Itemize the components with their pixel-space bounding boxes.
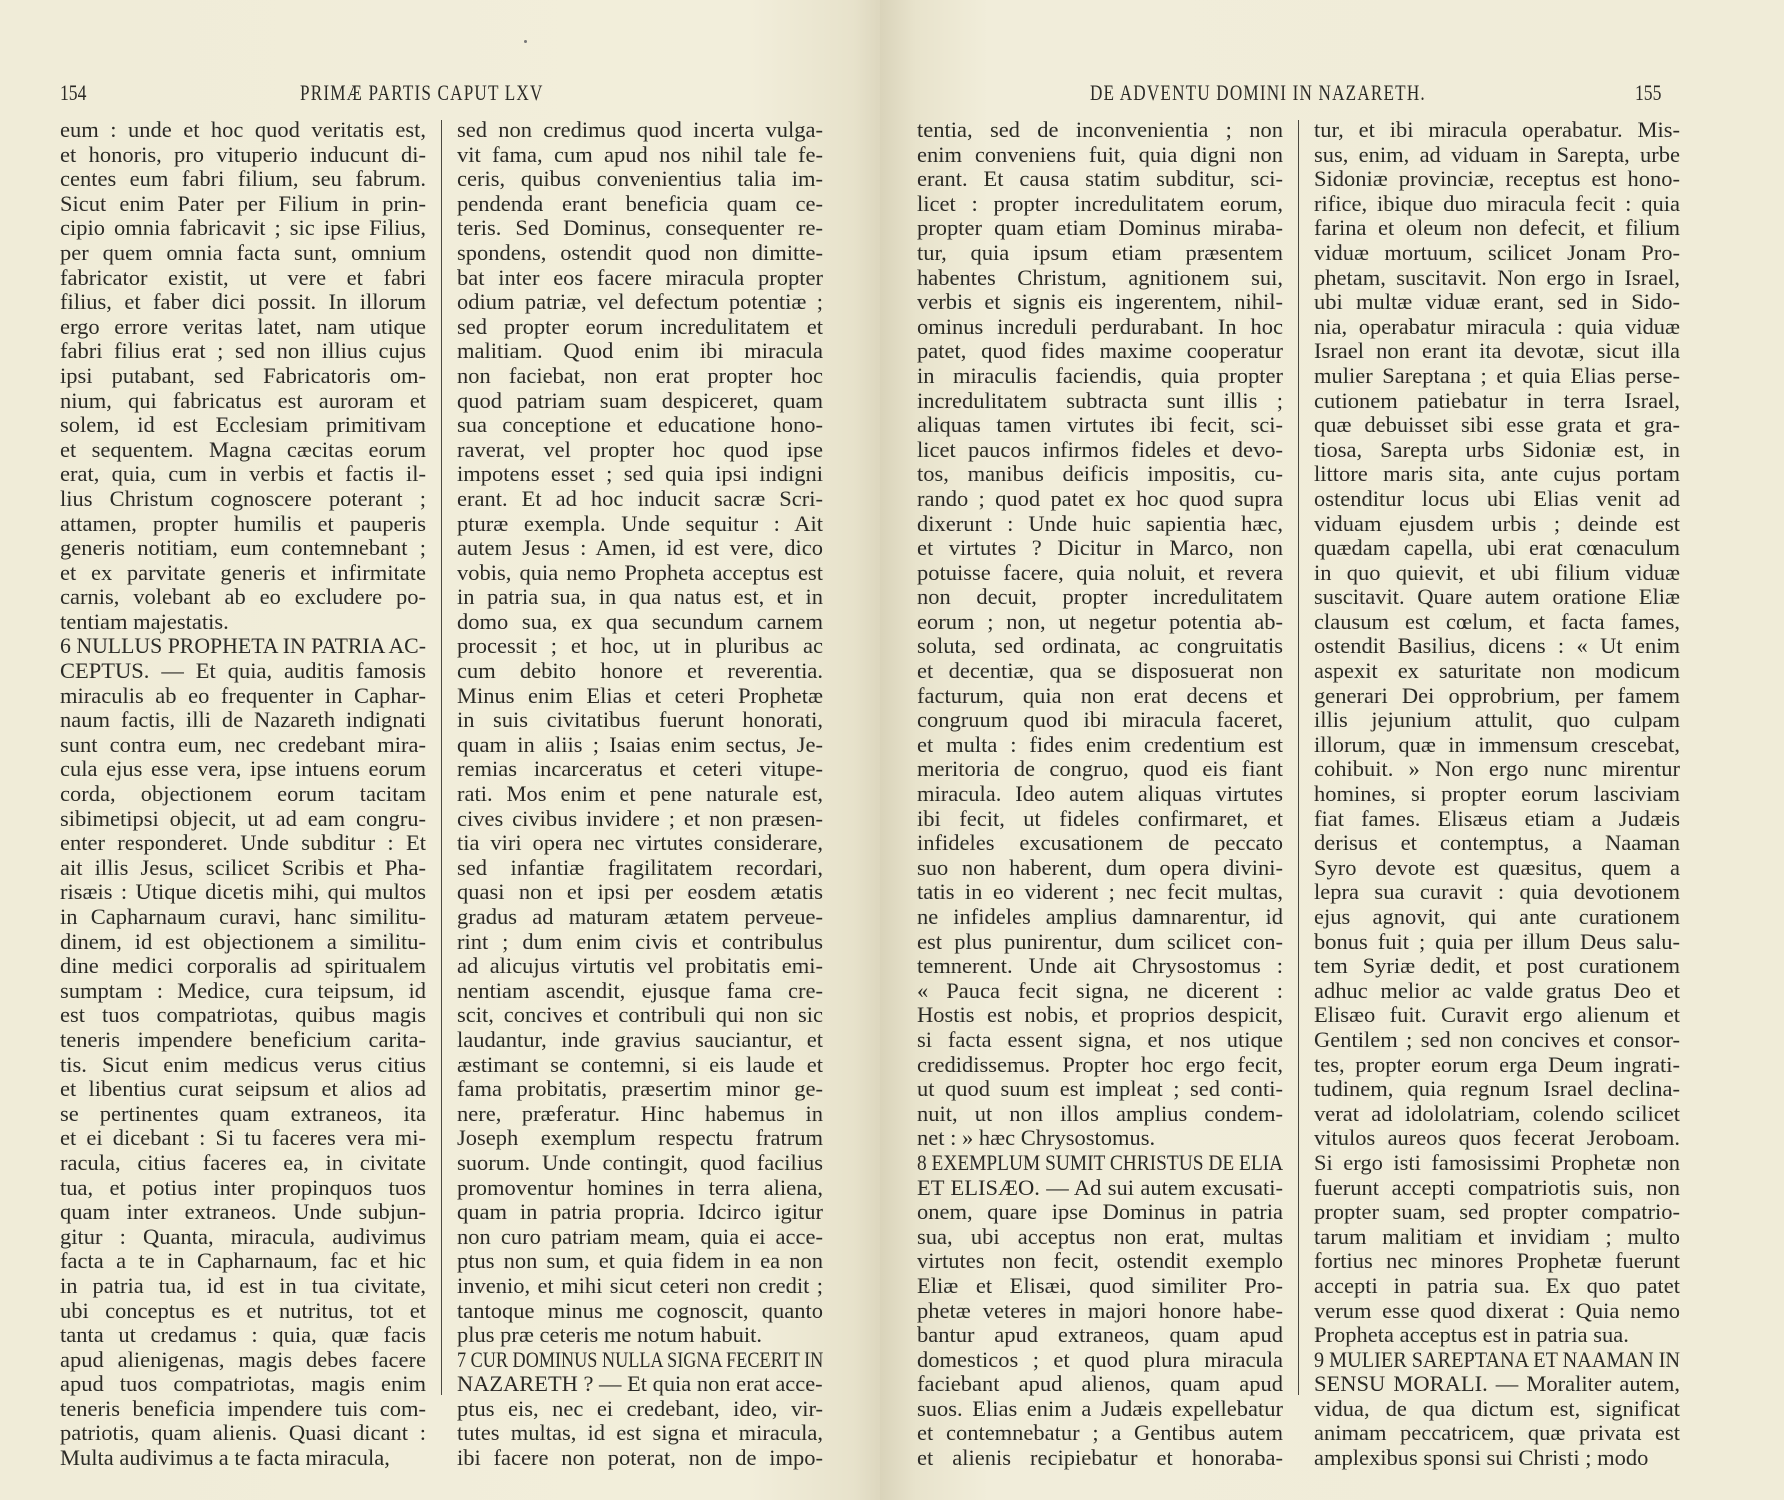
text-line: « Pauca fecit signa, ne dicerent : bbox=[917, 979, 1283, 1004]
text-line: ut quod suum est impleat ; sed conti- bbox=[917, 1077, 1283, 1102]
text-line: ipsi putabant, sed Fabricatoris om- bbox=[60, 364, 426, 389]
text-line: Elisæo fuit. Curavit ergo alienum et bbox=[1314, 1003, 1680, 1028]
text-line: scit, concives et contribuli qui non sic bbox=[457, 1003, 823, 1028]
text-line: temnerent. Unde ait Chrysostomus : bbox=[917, 954, 1283, 979]
text-line: generari Dei opprobrium, per famem bbox=[1314, 684, 1680, 709]
column-rule bbox=[1298, 120, 1299, 1395]
text-line: bonus fuit ; quia per illum Deus salu- bbox=[1314, 930, 1680, 955]
text-line: onem, quare ipse Dominus in patria bbox=[917, 1200, 1283, 1225]
text-line: enim conveniens fuit, quia digni non bbox=[917, 143, 1283, 168]
text-line: Propheta acceptus est in patria sua. bbox=[1314, 1323, 1680, 1348]
text-line: domo sua, ex qua secundum carnem bbox=[457, 610, 823, 635]
text-line: infideles excusationem de peccato bbox=[917, 831, 1283, 856]
text-line: remias incarceratus et ceteri vitupe- bbox=[457, 757, 823, 782]
text-line: sed non credimus quod incerta vulga- bbox=[457, 118, 823, 143]
text-line: spondens, ostendit quod non dimitte- bbox=[457, 241, 823, 266]
text-line: tentiam majestatis. bbox=[60, 610, 426, 635]
text-line: et decentiæ, qua se disposuerat non bbox=[917, 659, 1283, 684]
text-line: lius Christum cognoscere poterant ; bbox=[60, 487, 426, 512]
text-line: faciebant apud alienos, quam apud bbox=[917, 1372, 1283, 1397]
text-line: tiosa, Sarepta urbs Sidoniæ est, in bbox=[1314, 438, 1680, 463]
text-line: non faciebat, non erat propter hoc bbox=[457, 364, 823, 389]
text-line: fiat fames. Elisæus etiam a Judæis bbox=[1314, 807, 1680, 832]
text-line: et virtutes ? Dicitur in Marco, non bbox=[917, 536, 1283, 561]
text-line: tudinem, quia regnum Israel declina- bbox=[1314, 1077, 1680, 1102]
text-line: promoventur homines in terra aliena, bbox=[457, 1176, 823, 1201]
text-line: carnis, volebant ab eo excludere po- bbox=[60, 585, 426, 610]
text-line: æstimant se contemni, si eis laude et bbox=[457, 1053, 823, 1078]
text-line: patriotis, quam alienis. Quasi dicant : bbox=[60, 1421, 426, 1446]
text-line: licet : propter incredulitatem eorum, bbox=[917, 192, 1283, 217]
text-line: in patria tua, id est in tua civitate, bbox=[60, 1274, 426, 1299]
text-line: enter responderet. Unde subditur : Et bbox=[60, 831, 426, 856]
text-line: tos, manibus deificis impositis, cu- bbox=[917, 462, 1283, 487]
text-line: virtutes non fecit, ostendit exemplo bbox=[917, 1249, 1283, 1274]
text-line: adhuc melior ac valde gratus Deo et bbox=[1314, 979, 1680, 1004]
text-line: ibi fecit, ut fideles confirmaret, et bbox=[917, 807, 1283, 832]
text-line: non curo patriam meam, quia ei acce- bbox=[457, 1225, 823, 1250]
text-line: ET ELISÆO. — Ad sui autem excusati- bbox=[917, 1176, 1283, 1201]
text-line: in Capharnaum curavi, hanc similitu- bbox=[60, 905, 426, 930]
text-line: 8 EXEMPLUM SUMIT CHRISTUS DE ELIA bbox=[917, 1151, 1232, 1176]
text-line: incredulitatem subtracta sunt illis ; bbox=[917, 389, 1283, 414]
text-line: sua conceptione et educatione hono- bbox=[457, 413, 823, 438]
text-line: si facta essent signa, et nos utique bbox=[917, 1028, 1283, 1053]
text-line: Minus enim Elias et ceteri Prophetæ bbox=[457, 684, 823, 709]
text-line: mulier Sareptana ; et quia Elias perse- bbox=[1314, 364, 1680, 389]
text-line: tatis in eo viderent ; nec fecit multas, bbox=[917, 880, 1283, 905]
text-line: quasi non et ipsi per eosdem ætatis bbox=[457, 880, 823, 905]
text-line: raverat, vel propter hoc quod ipse bbox=[457, 438, 823, 463]
text-line: quam in aliis ; Isaias enim sectus, Je- bbox=[457, 733, 823, 758]
text-line: filius, et faber dici possit. In illorum bbox=[60, 290, 426, 315]
text-line: tua, et potius inter propinquos tuos bbox=[60, 1176, 426, 1201]
text-line: teneris impendere beneficium carita- bbox=[60, 1028, 426, 1053]
text-line: bat inter eos facere miracula propter bbox=[457, 266, 823, 291]
text-line: facturum, quia non erat decens et bbox=[917, 684, 1283, 709]
text-line: tur, quia ipsum etiam præsentem bbox=[917, 241, 1283, 266]
text-line: illorum, quæ in immensum crescebat, bbox=[1314, 733, 1680, 758]
text-line: sunt contra eum, nec credebant mira- bbox=[60, 733, 426, 758]
text-line: et honoris, pro vituperio inducunt di- bbox=[60, 143, 426, 168]
text-line: et ex parvitate generis et infirmitate bbox=[60, 561, 426, 586]
text-line: attamen, propter humilis et pauperis bbox=[60, 512, 426, 537]
text-line: bantur apud extraneos, quam apud bbox=[917, 1323, 1283, 1348]
page-number: 155 bbox=[1635, 80, 1661, 106]
text-line: ad alicujus virtutis vel probitatis emi- bbox=[457, 954, 823, 979]
text-line: verbis et signis eis ingerentem, nihil- bbox=[917, 290, 1283, 315]
text-line: Joseph exemplum respectu fratrum bbox=[457, 1126, 823, 1151]
text-line: ostendit Basilius, dicens : « Ut enim bbox=[1314, 634, 1680, 659]
text-line: clausum est cœlum, et facta fames, bbox=[1314, 610, 1680, 635]
text-line: naum factis, illi de Nazareth indignati bbox=[60, 708, 426, 733]
text-line: Israel non erant ita devotæ, sicut illa bbox=[1314, 339, 1680, 364]
text-line: soluta, sed ordinata, ac congruitatis bbox=[917, 634, 1283, 659]
text-line: rint ; dum enim civis et contribulus bbox=[457, 930, 823, 955]
text-line: farina et oleum non defecit, et filium bbox=[1314, 216, 1680, 241]
text-line: aliquas tamen virtutes ibi fecit, sci- bbox=[917, 413, 1283, 438]
text-line: fabricator existit, ut vere et fabri bbox=[60, 266, 426, 291]
text-line: 7 CUR DOMINUS NULLA SIGNA FECERIT IN bbox=[457, 1348, 753, 1373]
text-line: credidissemus. Propter hoc ergo fecit, bbox=[917, 1053, 1283, 1078]
right-page: DE ADVENTU DOMINI IN NAZARETH. 155 tenti… bbox=[880, 0, 1784, 1500]
text-line: Sicut enim Pater per Filium in prin- bbox=[60, 192, 426, 217]
text-line: et ei dicebant : Si tu faceres vera mi- bbox=[60, 1126, 426, 1151]
text-line: habentes Christum, agnitionem sui, bbox=[917, 266, 1283, 291]
text-line: licet paucos infirmos fideles et devo- bbox=[917, 438, 1283, 463]
text-line: sed infantiæ fragilitatem recordari, bbox=[457, 856, 823, 881]
text-line: tis. Sicut enim medicus verus citius bbox=[60, 1053, 426, 1078]
text-line: meritoria de congruo, quod eis fiant bbox=[917, 757, 1283, 782]
text-line: miracula. Ideo autem aliquas virtutes bbox=[917, 782, 1283, 807]
text-line: rati. Mos enim et pene naturale est, bbox=[457, 782, 823, 807]
text-line: in suis civitatibus fuerunt honorati, bbox=[457, 708, 823, 733]
text-line: per quem omnia facta sunt, omnium bbox=[60, 241, 426, 266]
text-column: tentia, sed de inconvenientia ; nonenim … bbox=[917, 118, 1283, 1471]
text-line: in patria sua, in qua natus est, et in bbox=[457, 585, 823, 610]
text-line: et alienis recipiebatur et honoraba- bbox=[917, 1446, 1283, 1471]
text-line: solem, id est Ecclesiam primitivam bbox=[60, 413, 426, 438]
text-line: cum debito honore et reverentia. bbox=[457, 659, 823, 684]
text-line: dinem, id est objectionem a similitu- bbox=[60, 930, 426, 955]
text-line: plus præ ceteris me notum habuit. bbox=[457, 1323, 823, 1348]
text-line: dixerunt : Unde huic sapientia hæc, bbox=[917, 512, 1283, 537]
text-line: domesticos ; et quod plura miracula bbox=[917, 1348, 1283, 1373]
text-line: nentiam ascendit, ejusque fama cre- bbox=[457, 979, 823, 1004]
text-line: propter quam etiam Dominus miraba- bbox=[917, 216, 1283, 241]
text-line: gradus ad maturam ætatem perveue- bbox=[457, 905, 823, 930]
text-line: cipio omnia fabricavit ; sic ipse Filius… bbox=[60, 216, 426, 241]
text-line: CEPTUS. — Et quia, auditis famosis bbox=[60, 659, 426, 684]
text-line: cutionem patiebatur in terra Israel, bbox=[1314, 389, 1680, 414]
text-line: sua, ubi acceptus non erat, multas bbox=[917, 1225, 1283, 1250]
text-line: SENSU MORALI. — Moraliter autem, bbox=[1314, 1372, 1680, 1397]
running-head: DE ADVENTU DOMINI IN NAZARETH. bbox=[1090, 80, 1426, 110]
text-line: Hostis est nobis, et proprios despicit, bbox=[917, 1003, 1283, 1028]
text-line: viduam ejusdem urbis ; deinde est bbox=[1314, 512, 1680, 537]
text-line: cula ejus esse vera, ipse intuens eorum bbox=[60, 757, 426, 782]
text-line: sus, enim, ad viduam in Sarepta, urbe bbox=[1314, 143, 1680, 168]
text-line: tes, propter eorum erga Deum ingrati- bbox=[1314, 1053, 1680, 1078]
text-line: quæ debuisset sibi esse grata et gra- bbox=[1314, 413, 1680, 438]
text-line: nere, præferatur. Hinc habemus in bbox=[457, 1102, 823, 1127]
text-line: nuit, ut non illos amplius condem- bbox=[917, 1102, 1283, 1127]
text-line: malitiam. Quod enim ibi miracula bbox=[457, 339, 823, 364]
text-line: est tuos compatriotas, quibus magis bbox=[60, 1003, 426, 1028]
text-line: centes eum fabri filium, seu fabrum. bbox=[60, 167, 426, 192]
text-line: ptus non sum, et quia fidem in ea non bbox=[457, 1249, 823, 1274]
text-line: tia viri opera nec virtutes considerare, bbox=[457, 831, 823, 856]
text-line: ptus eis, nec ei credebant, ideo, vir- bbox=[457, 1397, 823, 1422]
text-line: 9 MULIER SAREPTANA ET NAAMAN IN bbox=[1314, 1348, 1643, 1373]
page-number: 154 bbox=[60, 80, 86, 106]
text-line: processit ; et hoc, ut in pluribus ac bbox=[457, 634, 823, 659]
text-line: erant. Et ad hoc inducit sacræ Scri- bbox=[457, 487, 823, 512]
text-line: potuisse facere, quia noluit, et revera bbox=[917, 561, 1283, 586]
text-line: homines, si propter eorum lasciviam bbox=[1314, 782, 1680, 807]
text-line: in miraculis faciendis, quia propter bbox=[917, 364, 1283, 389]
text-line: fabri filius erat ; sed non illius cujus bbox=[60, 339, 426, 364]
text-line: quam in patria propria. Idcirco igitur bbox=[457, 1200, 823, 1225]
text-line: cohibuit. » Non ergo nunc mirentur bbox=[1314, 757, 1680, 782]
text-line: rifice, ibique duo miracula fecit : quia bbox=[1314, 192, 1680, 217]
text-line: fuerunt accepti compatriotis suis, non bbox=[1314, 1176, 1680, 1201]
text-line: gitur : Quanta, miracula, audivimus bbox=[60, 1225, 426, 1250]
text-line: Gentilem ; sed non concives et consor- bbox=[1314, 1028, 1680, 1053]
text-line: et multa : fides enim credentium est bbox=[917, 733, 1283, 758]
text-line: amplexibus sponsi sui Christi ; modo bbox=[1314, 1446, 1680, 1471]
text-line: ne infideles amplius damnarentur, id bbox=[917, 905, 1283, 930]
text-line: lepra sua curavit : quia devotionem bbox=[1314, 880, 1680, 905]
text-line: suscitavit. Quare autem oratione Eliæ bbox=[1314, 585, 1680, 610]
book-spread: 154 PRIMÆ PARTIS CAPUT LXV eum : unde et… bbox=[0, 0, 1784, 1500]
text-line: vit fama, cum apud nos nihil tale fe- bbox=[457, 143, 823, 168]
left-page: 154 PRIMÆ PARTIS CAPUT LXV eum : unde et… bbox=[0, 0, 880, 1500]
text-line: et libentius curat seipsum et alios ad bbox=[60, 1077, 426, 1102]
text-line: suos. Elias enim a Judæis expellebatur bbox=[917, 1397, 1283, 1422]
text-column: eum : unde et hoc quod veritatis est,et … bbox=[60, 118, 426, 1471]
text-line: teneris beneficia impendere tuis com- bbox=[60, 1397, 426, 1422]
text-line: est plus punirentur, dum scilicet con- bbox=[917, 930, 1283, 955]
column-rule bbox=[441, 120, 442, 1395]
text-line: aspexit ex saturitate non modicum bbox=[1314, 659, 1680, 684]
text-line: Syro devote est quæsitus, quem a bbox=[1314, 856, 1680, 881]
text-line: Si ergo isti famosissimi Prophetæ non bbox=[1314, 1151, 1680, 1176]
text-line: tentia, sed de inconvenientia ; non bbox=[917, 118, 1283, 143]
text-line: congruum quod ibi miracula faceret, bbox=[917, 708, 1283, 733]
text-line: erat, quia, cum in verbis et factis il- bbox=[60, 462, 426, 487]
text-line: cives civibus invidere ; et non præsen- bbox=[457, 807, 823, 832]
text-line: 6 NULLUS PROPHETA IN PATRIA AC- bbox=[60, 634, 414, 659]
text-line: ibi facere non poterat, non de impo- bbox=[457, 1446, 823, 1471]
text-line: risæis : Utique dicetis mihi, qui multos bbox=[60, 880, 426, 905]
text-line: patet, quod fides maxime cooperatur bbox=[917, 339, 1283, 364]
text-line: ceris, quibus convenientius talia im- bbox=[457, 167, 823, 192]
text-line: impotens esset ; sed quia ipsi indigni bbox=[457, 462, 823, 487]
text-column: sed non credimus quod incerta vulga-vit … bbox=[457, 118, 823, 1471]
text-line: vidua, de qua dictum est, significat bbox=[1314, 1397, 1680, 1422]
text-line: vobis, quia nemo Propheta acceptus est bbox=[457, 561, 823, 586]
text-line: racula, citius faceres ea, in civitate bbox=[60, 1151, 426, 1176]
text-column: tur, et ibi miracula operabatur. Mis-sus… bbox=[1314, 118, 1680, 1471]
text-line: NAZARETH ? — Et quia non erat acce- bbox=[457, 1372, 822, 1397]
text-line: suorum. Unde contingit, quod facilius bbox=[457, 1151, 823, 1176]
text-line: corda, objectionem eorum tacitam bbox=[60, 782, 426, 807]
text-line: sibimetipsi objecit, ut ad eam congru- bbox=[60, 807, 426, 832]
text-line: verum esse quod dixerat : Quia nemo bbox=[1314, 1299, 1680, 1324]
text-line: eorum ; non, ut negetur potentia ab- bbox=[917, 610, 1283, 635]
text-line: viduæ mortuum, scilicet Jonam Pro- bbox=[1314, 241, 1680, 266]
text-line: tutes multas, id est signa et miracula, bbox=[457, 1421, 823, 1446]
text-line: littore maris sita, ante cujus portam bbox=[1314, 462, 1680, 487]
text-line: Sidoniæ provinciæ, receptus est hono- bbox=[1314, 167, 1680, 192]
text-line: laudantur, inde gravius sauciantur, et bbox=[457, 1028, 823, 1053]
text-line: eum : unde et hoc quod veritatis est, bbox=[60, 118, 426, 143]
text-line: ergo errore veritas latet, nam utique bbox=[60, 315, 426, 340]
text-line: verat ad idololatriam, colendo scilicet bbox=[1314, 1102, 1680, 1127]
text-line: et sequentem. Magna cæcitas eorum bbox=[60, 438, 426, 463]
text-line: ubi conceptus es et nutritus, tot et bbox=[60, 1299, 426, 1324]
text-line: derisus et contemptus, a Naaman bbox=[1314, 831, 1680, 856]
text-line: facta a te in Capharnaum, fac et hic bbox=[60, 1249, 426, 1274]
text-line: quod patriam suam despiceret, quam bbox=[457, 389, 823, 414]
text-line: pendenda erant beneficia quam ce- bbox=[457, 192, 823, 217]
text-line: ejus agnovit, qui ante curationem bbox=[1314, 905, 1680, 930]
text-line: dine medici corporalis ad spiritualem bbox=[60, 954, 426, 979]
text-line: phetæ veteres in majori honore habe- bbox=[917, 1299, 1283, 1324]
text-line: ostenditur locus ubi Elias venit ad bbox=[1314, 487, 1680, 512]
text-line: apud alienigenas, magis debes facere bbox=[60, 1348, 426, 1373]
text-line: illis jejunium attulit, quo culpam bbox=[1314, 708, 1680, 733]
text-line: in quo quievit, et ubi filium viduæ bbox=[1314, 561, 1680, 586]
text-line: tem Syriæ dedit, et post curationem bbox=[1314, 954, 1680, 979]
text-line: autem Jesus : Amen, id est vere, dico bbox=[457, 536, 823, 561]
text-line: Eliæ et Elisæi, quod similiter Pro- bbox=[917, 1274, 1283, 1299]
text-line: odium patriæ, vel defectum potentiæ ; bbox=[457, 290, 823, 315]
text-line: nia, operabatur miracula : quia viduæ bbox=[1314, 315, 1680, 340]
text-line: sed propter eorum incredulitatem et bbox=[457, 315, 823, 340]
text-line: propter suam, sed propter compatrio- bbox=[1314, 1200, 1680, 1225]
text-line: erant. Et causa statim subditur, sci- bbox=[917, 167, 1283, 192]
text-line: tarum malitiam et invidiam ; multo bbox=[1314, 1225, 1680, 1250]
text-line: ait illis Jesus, scilicet Scribis et Pha… bbox=[60, 856, 426, 881]
running-head: PRIMÆ PARTIS CAPUT LXV bbox=[300, 80, 544, 110]
text-line: teris. Sed Dominus, consequenter re- bbox=[457, 216, 823, 241]
text-line: sumptam : Medice, cura teipsum, id bbox=[60, 979, 426, 1004]
text-line: rando ; quod patet ex hoc quod supra bbox=[917, 487, 1283, 512]
text-line: animam peccatricem, quæ privata est bbox=[1314, 1421, 1680, 1446]
text-line: et contemnebatur ; a Gentibus autem bbox=[917, 1421, 1283, 1446]
text-line: tantoque minus me cognoscit, quanto bbox=[457, 1299, 823, 1324]
text-line: non decuit, propter incredulitatem bbox=[917, 585, 1283, 610]
text-line: quædam capella, ubi erat cœnaculum bbox=[1314, 536, 1680, 561]
text-line: net : » hæc Chrysostomus. bbox=[917, 1126, 1283, 1151]
text-line: tur, et ibi miracula operabatur. Mis- bbox=[1314, 118, 1680, 143]
text-line: tanta ut credamus : quia, quæ facis bbox=[60, 1323, 426, 1348]
text-line: ubi multæ viduæ erant, sed in Sido- bbox=[1314, 290, 1680, 315]
text-line: apud tuos compatriotas, magis enim bbox=[60, 1372, 426, 1397]
text-line: invenio, et mihi sicut ceteri non credit… bbox=[457, 1274, 823, 1299]
text-line: quam inter extraneos. Unde subjun- bbox=[60, 1200, 426, 1225]
text-line: suo non haberent, dum opera divini- bbox=[917, 856, 1283, 881]
text-line: fortius nec minores Prophetæ fuerunt bbox=[1314, 1249, 1680, 1274]
scan-speck bbox=[524, 40, 527, 43]
text-line: Multa audivimus a te facta miracula, bbox=[60, 1446, 426, 1471]
text-line: se pertinentes quam extraneos, ita bbox=[60, 1102, 426, 1127]
text-line: pturæ exempla. Unde sequitur : Ait bbox=[457, 512, 823, 537]
text-line: ominus increduli perdurabant. In hoc bbox=[917, 315, 1283, 340]
text-line: accepti in patria sua. Ex quo patet bbox=[1314, 1274, 1680, 1299]
text-line: nium, qui fabricatus est auroram et bbox=[60, 389, 426, 414]
text-line: phetam, suscitavit. Non ergo in Israel, bbox=[1314, 266, 1680, 291]
text-line: vitulos aureos quos fecerat Jeroboam. bbox=[1314, 1126, 1680, 1151]
text-line: generis notitiam, eum contemnebant ; bbox=[60, 536, 426, 561]
text-line: miraculis ab eo frequenter in Caphar- bbox=[60, 684, 426, 709]
text-line: fama probitatis, præsertim minor ge- bbox=[457, 1077, 823, 1102]
